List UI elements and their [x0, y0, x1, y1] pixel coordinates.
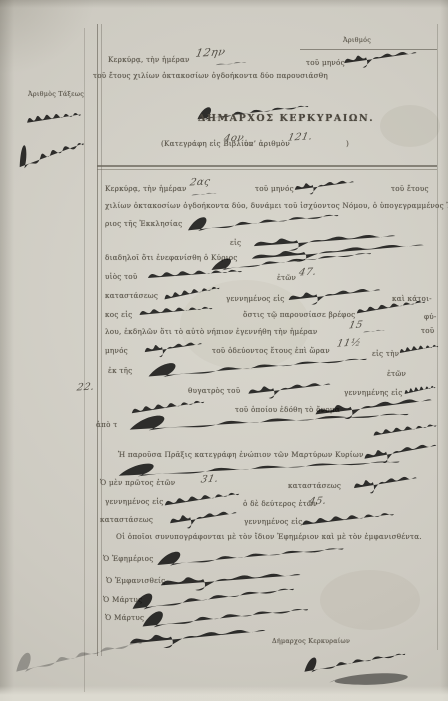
form-text: καταστάσεως [100, 515, 153, 524]
scan-shading [0, 0, 95, 75]
form-text: εἰς [230, 238, 241, 247]
mayor-title: ΔΗΜΑΡΧΟΣ ΚΕΡΚΥΡΑΙΩΝ. [198, 113, 374, 124]
header-month-label: τοῦ μηνός [306, 58, 345, 67]
form-text: τοῦ ἔτους [391, 184, 429, 193]
form-text: κος εἰς [105, 310, 132, 319]
act-day-flourish [190, 191, 218, 198]
scan-shading [0, 0, 14, 701]
form-text: ὅστις τῷ παρουσίασε βρέφος [243, 310, 355, 319]
form-left-border [97, 24, 98, 656]
form-text: υἱὸς τοῦ [105, 272, 138, 281]
header-day-flourish [214, 60, 248, 68]
entry-number-handwriting: 121. [287, 131, 314, 143]
form-text: γεννημένος εἰς [244, 517, 303, 526]
header-day-handwriting: 12ην [195, 45, 227, 60]
form-text: Κερκύρᾳ, τὴν ἡμέραν [105, 184, 187, 193]
margin-handwriting-scribble [14, 128, 88, 179]
header-month-handwriting-scribble [341, 43, 418, 70]
form-text: τοῦ μηνός [255, 184, 294, 193]
form-text: εἰς τὴν [372, 349, 399, 358]
scan-shading [0, 686, 448, 701]
witness2-age-handwriting: 45. [308, 496, 328, 508]
form-text: τοῦ [421, 326, 434, 335]
form-text: ἀπὸ τ [96, 420, 117, 429]
act-day-handwriting: 2ας [189, 176, 212, 188]
priest-label: Ὁ Ἐφημέριος [103, 554, 153, 563]
header-year-line: τοῦ ἔτους χιλίων ὀκτακοσίων ὀγδοήκοντα δ… [93, 71, 328, 80]
arithmos-label: Ἀριθμός [343, 36, 371, 44]
form-text: ἐτῶν [277, 273, 296, 282]
form-text: γεννημένος εἰς [105, 497, 164, 506]
form-text: ὁ δὲ δεύτερος ἐτῶν [243, 499, 318, 508]
witness1-age-handwriting: 31. [200, 474, 220, 486]
scan-shading [0, 0, 448, 8]
section-divider-top [97, 165, 437, 167]
form-text: καταστάσεως [288, 481, 341, 490]
mayor-signature-swash [318, 670, 414, 688]
paper-stain [320, 570, 420, 630]
form-text: καταστάσεως [105, 291, 158, 300]
book-number-handwriting: 4ον [223, 132, 245, 144]
form-text: ριος τῆς Ἐκκλησίας [105, 219, 182, 228]
birth-hour-handwriting: 11½ [336, 337, 362, 349]
form-text: λου, ἐκδηλῶν ὅτι τὸ αὐτὸ νήπιον ἐγεννήθη… [105, 327, 318, 336]
margin-order-label: Ἀριθμὸς Τάξεως [28, 90, 84, 98]
form-text: μηνός [105, 346, 128, 355]
form-text: Οἱ ὁποῖοι συνυπογράφονται μὲ τὸν ἴδιον Ἐ… [116, 532, 422, 541]
witness1-occupation-handwriting-scribble [351, 468, 419, 497]
mayor-footer-label: Δήμαρχος Κερκυραίων [272, 637, 350, 645]
registered-mid: ὑπ’ ἀριθμὸν [244, 139, 290, 148]
margin-age-handwriting: 22. [76, 382, 96, 394]
page-fold-line [84, 28, 85, 692]
infant-sex-handwriting-scribble [354, 295, 427, 320]
header-place-day-label: Κερκύρᾳ, τὴν ἡμέραν [108, 55, 190, 64]
form-text: Ὁ μὲν πρῶτος ἐτῶν [100, 478, 175, 487]
section-divider-bottom [97, 169, 437, 170]
margin-handwriting-scribble [26, 106, 82, 130]
handwriting-scribble [205, 246, 376, 277]
form-text: ἐτῶν [387, 369, 406, 378]
form-left-border-inner [101, 24, 102, 656]
form-text: φύ- [424, 312, 437, 321]
scan-shading [440, 0, 448, 701]
act-month-handwriting-scribble [293, 173, 356, 196]
form-right-border [437, 24, 438, 650]
document-scan: Ἀριθμὸς Τάξεως Ἀριθμός Κερκύρᾳ, τὴν ἡμέρ… [0, 0, 448, 701]
registered-suffix: ) [346, 139, 349, 148]
birth-place-handwriting-scribble [399, 339, 439, 359]
residence-handwriting-scribble [138, 301, 214, 321]
witness2-occupation-handwriting-scribble [167, 503, 239, 532]
birth-day-flourish [362, 328, 386, 335]
paper-stain [380, 105, 440, 147]
witness2-birthplace-handwriting-scribble [300, 506, 397, 531]
father-age-handwriting: 47. [298, 267, 318, 279]
bleed-through-scribble [8, 630, 147, 682]
form-text: ἐκ τῆς [108, 366, 132, 375]
form-text: γεννημένος εἰς [226, 294, 285, 303]
